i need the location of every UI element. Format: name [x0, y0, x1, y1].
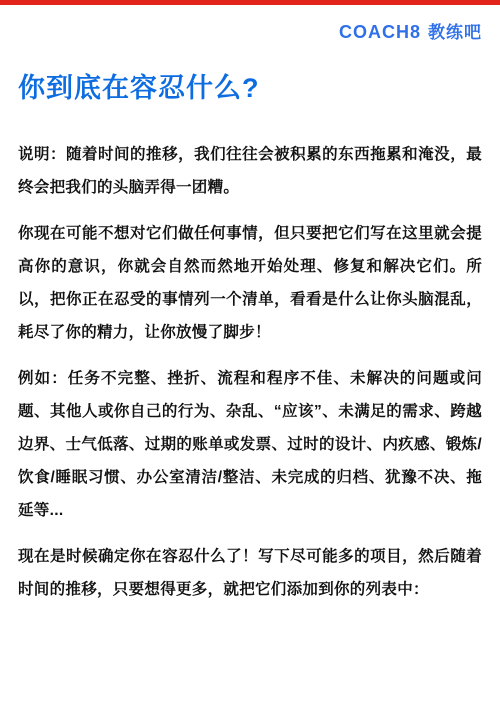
paragraph-description: 说明：随着时间的推移，我们往往会被积累的东西拖累和淹没，最终会把我们的头脑弄得一…	[18, 138, 482, 204]
page-header: COACH8 教练吧	[0, 0, 500, 43]
paragraph-call-to-action: 现在是时候确定你在容忍什么了！写下尽可能多的项目，然后随着时间的推移，只要想得更…	[18, 540, 482, 606]
article-body: 说明：随着时间的推移，我们往往会被积累的东西拖累和淹没，最终会把我们的头脑弄得一…	[0, 138, 500, 606]
page-title: 你到底在容忍什么?	[18, 70, 482, 106]
logo-latin-text: COACH8	[339, 22, 421, 43]
paragraph-examples: 例如：任务不完整、挫折、流程和程序不佳、未解决的问题或问题、其他人或你自己的行为…	[18, 362, 482, 527]
logo-cjk-text: 教练吧	[428, 18, 482, 43]
paragraph-explanation: 你现在可能不想对它们做任何事情，但只要把它们写在这里就会提高你的意识，你就会自然…	[18, 217, 482, 349]
coach8-logo: COACH8 教练吧	[339, 18, 482, 43]
top-accent-bar	[0, 0, 500, 5]
